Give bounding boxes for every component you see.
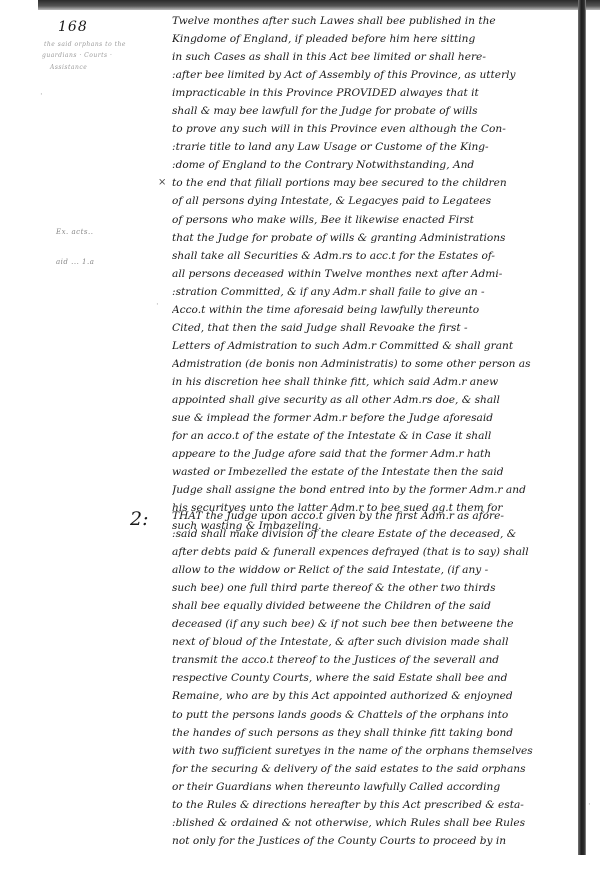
text-line: :trarie title to land any Law Usage or C… (172, 138, 574, 156)
text-line: appointed shall give security as all oth… (172, 391, 574, 409)
text-line: after debts paid & funerall expences def… (172, 543, 574, 561)
text-line: such bee) one full third parte thereof &… (172, 579, 574, 597)
text-line: :after bee limited by Act of Assembly of… (172, 66, 574, 84)
section-number: 2: (130, 508, 149, 530)
paragraph-1: Twelve monthes after such Lawes shall be… (172, 12, 574, 535)
margin-dot: · (40, 90, 43, 100)
margin-note: aid ... 1.a (56, 258, 94, 266)
page-top-border (38, 0, 600, 10)
text-line: to the end that filiall portions may bee… (172, 174, 574, 192)
text-line: Remaine, who are by this Act appointed a… (172, 687, 574, 705)
text-line: the handes of such persons as they shall… (172, 724, 574, 742)
margin-note: guardians · Courts · (42, 52, 112, 59)
text-line: in such Cases as shall in this Act bee l… (172, 48, 574, 66)
text-line: next of bloud of the Intestate, & after … (172, 633, 574, 651)
text-line: Admistration (de bonis non Administratis… (172, 355, 574, 373)
text-line: with two sufficient suretyes in the name… (172, 742, 574, 760)
text-line: of persons who make wills, Bee it likewi… (172, 211, 574, 229)
margin-cross-mark: × (158, 177, 166, 188)
text-line: allow to the widdow or Relict of the sai… (172, 561, 574, 579)
text-line: that the Judge for probate of wills & gr… (172, 229, 574, 247)
text-line: shall take all Securities & Adm.rs to ac… (172, 247, 574, 265)
text-line: :dome of England to the Contrary Notwith… (172, 156, 574, 174)
text-line: not only for the Justices of the County … (172, 832, 574, 850)
margin-note: the said orphans to the (44, 41, 126, 48)
page-number: 168 (58, 19, 88, 35)
text-line: respective County Courts, where the said… (172, 669, 574, 687)
paragraph-2: THAT the Judge upon acco.t given by the … (172, 507, 574, 850)
margin-note: Ex. acts.. (56, 228, 93, 236)
text-line: in his discretion hee shall thinke fitt,… (172, 373, 574, 391)
text-line: Cited, that then the said Judge shall Re… (172, 319, 574, 337)
margin-dot: · (588, 800, 591, 810)
text-line: appeare to the Judge afore said that the… (172, 445, 574, 463)
page-binding-edge (578, 0, 586, 855)
text-line: Twelve monthes after such Lawes shall be… (172, 12, 574, 30)
text-line: all persons deceased within Twelve month… (172, 265, 574, 283)
text-line: Letters of Admistration to such Adm.r Co… (172, 337, 574, 355)
text-line: of all persons dying Intestate, & Legacy… (172, 192, 574, 210)
margin-note: Assistance (50, 64, 87, 71)
text-line: Acco.t within the time aforesaid being l… (172, 301, 574, 319)
text-line: :said shall make division of the cleare … (172, 525, 574, 543)
margin-dot: · (156, 300, 159, 310)
text-line: :stration Committed, & if any Adm.r shal… (172, 283, 574, 301)
text-line: to the Rules & directions hereafter by t… (172, 796, 574, 814)
text-line: or their Guardians when thereunto lawful… (172, 778, 574, 796)
text-line: sue & implead the former Adm.r before th… (172, 409, 574, 427)
text-line: to prove any such will in this Province … (172, 120, 574, 138)
text-line: shall bee equally divided betweene the C… (172, 597, 574, 615)
text-line: :blished & ordained & not otherwise, whi… (172, 814, 574, 832)
text-line: to putt the persons lands goods & Chatte… (172, 706, 574, 724)
text-line: shall & may bee lawfull for the Judge fo… (172, 102, 574, 120)
text-line: for an acco.t of the estate of the Intes… (172, 427, 574, 445)
text-line: deceased (if any such bee) & if not such… (172, 615, 574, 633)
text-line: Judge shall assigne the bond entred into… (172, 481, 574, 499)
text-line: impracticable in this Province PROVIDED … (172, 84, 574, 102)
text-line: Kingdome of England, if pleaded before h… (172, 30, 574, 48)
text-line: wasted or Imbezelled the estate of the I… (172, 463, 574, 481)
text-line: THAT the Judge upon acco.t given by the … (172, 507, 574, 525)
text-line: for the securing & delivery of the said … (172, 760, 574, 778)
text-line: transmit the acco.t thereof to the Justi… (172, 651, 574, 669)
